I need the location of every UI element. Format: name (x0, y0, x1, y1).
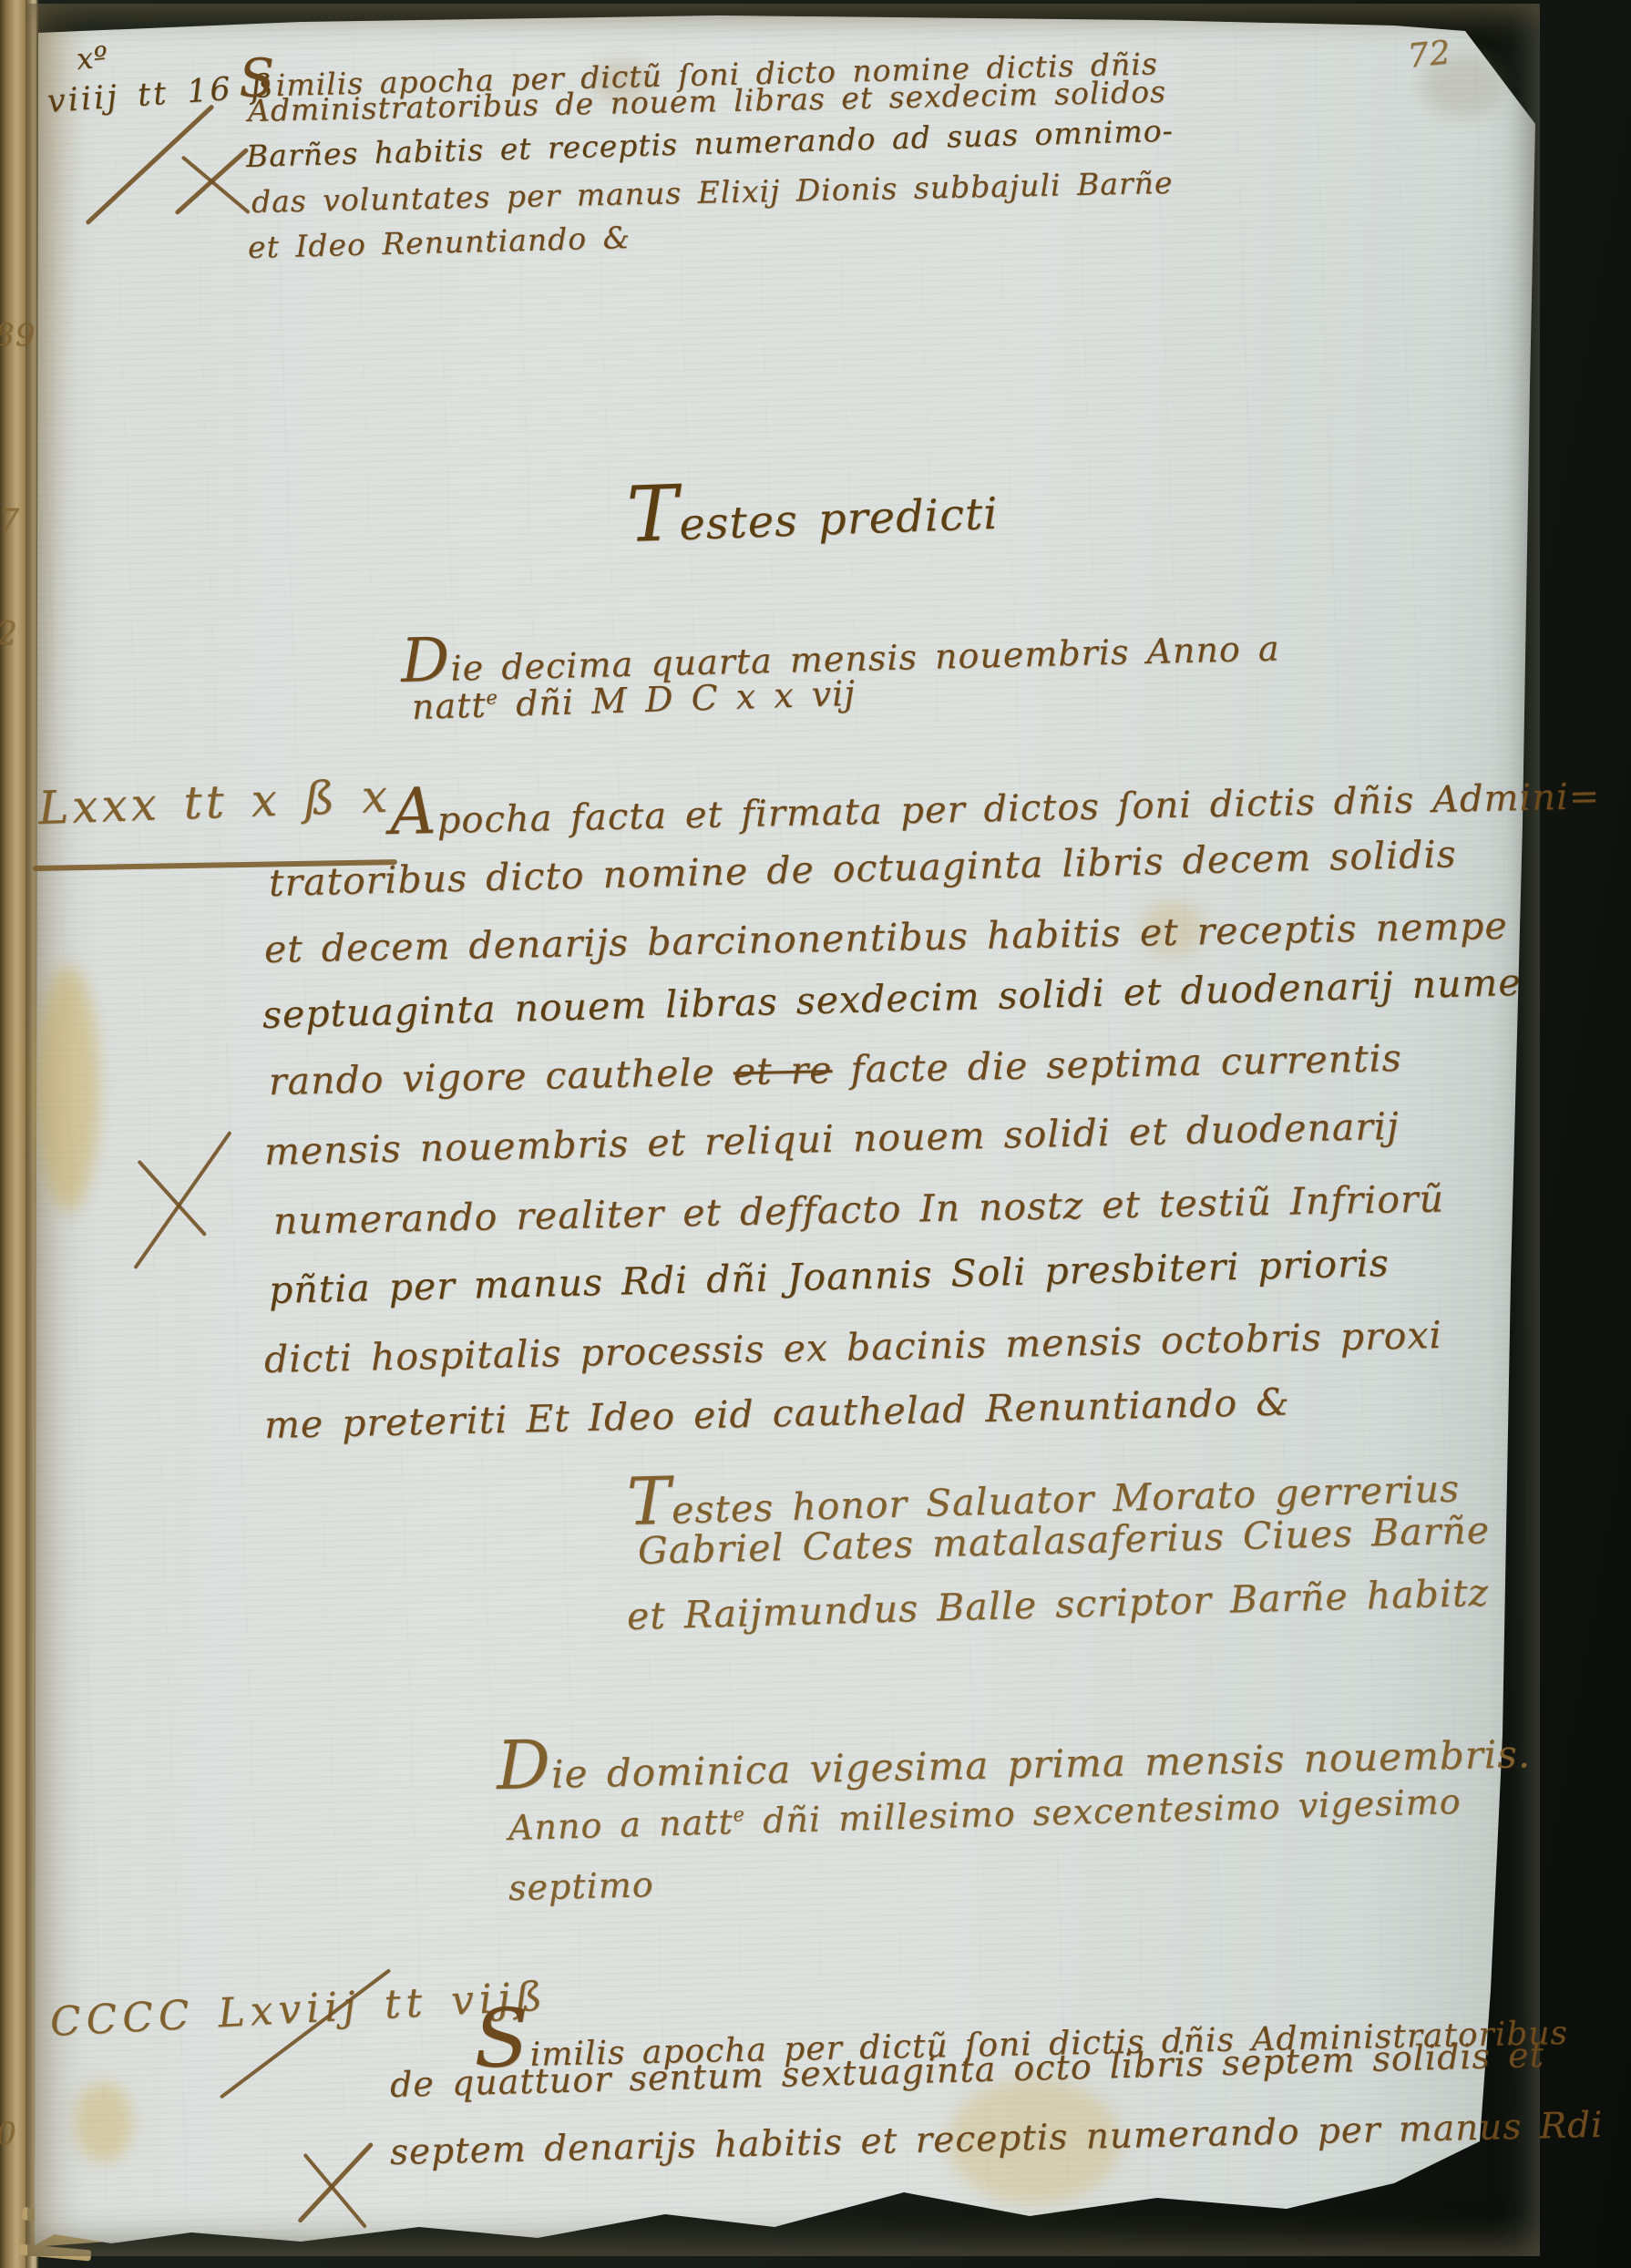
entry2-line-5: rando vigore cauthele et re facte die se… (268, 1036, 1402, 1103)
date1-superscript: e (486, 686, 498, 708)
page-edge-fragment: 7 (0, 503, 20, 540)
margin-cross-mark (297, 2141, 374, 2223)
entry2-line-8: pñtia per manus Rdi dñi Joannis Soli pre… (268, 1241, 1390, 1312)
entry2-line-7: numerando realiter et deffacto In nostz … (273, 1176, 1445, 1243)
entry2-line-10: me preteriti Et Ideo eid cauthelad Renun… (263, 1380, 1290, 1447)
date2-superscript: e (733, 1803, 745, 1825)
entry2-struck-text: et re (733, 1048, 833, 1093)
witness-heading: Testes predicti (625, 457, 1000, 559)
date2-line-2-base: Anno a natt (508, 1801, 733, 1848)
entry2-line-5-post: facte die septima currentis (832, 1036, 1402, 1092)
margin-cross-mark (133, 1131, 231, 1269)
handwriting-layer: 72 89 7 2 0 xº viiij tt 16 ß Similis apo… (0, 0, 1631, 2268)
photograph-background: 72 89 7 2 0 xº viiij tt 16 ß Similis apo… (0, 0, 1631, 2268)
witnesses2-line-3: et Raijmundus Balle scriptor Barñe habit… (626, 1571, 1489, 1638)
entry2-line-5-pre: rando vigore cauthele (268, 1050, 733, 1103)
margin-note-1-line-1: xº (75, 39, 109, 77)
margin-cross-mark (181, 155, 251, 214)
margin-cross-mark (138, 1160, 208, 1237)
margin-cross-mark (303, 2153, 367, 2229)
entry2-line-6: mensis nouembris et reliqui nouem solidi… (263, 1104, 1400, 1174)
folio-number: 72 (1406, 34, 1453, 76)
date1-line-2-base: natt (411, 684, 487, 727)
date2-line-3: septimo (508, 1864, 654, 1908)
page-edge-fragment: 89 (0, 317, 36, 354)
entry2-line-9: dicti hospitalis processis ex bacinis me… (263, 1313, 1442, 1381)
entry2-line-4: septuaginta nouem libras sexdecim solidi… (262, 960, 1522, 1037)
margin-sum-2: Lxxx tt x ß x (37, 769, 392, 834)
entry3-line-3: septem denarijs habitis et receptis nume… (389, 2105, 1604, 2173)
page-edge-fragment: 0 (0, 2116, 17, 2152)
entry1-line-4: das voluntates per manus Elixij Dionis s… (251, 165, 1174, 220)
entry1-line-5: et Ideo Renuntiando & (247, 220, 631, 265)
entry2-line-3: et decem denarijs barcinonentibus habiti… (264, 904, 1508, 971)
page-edge-fragment: 2 (0, 616, 18, 653)
